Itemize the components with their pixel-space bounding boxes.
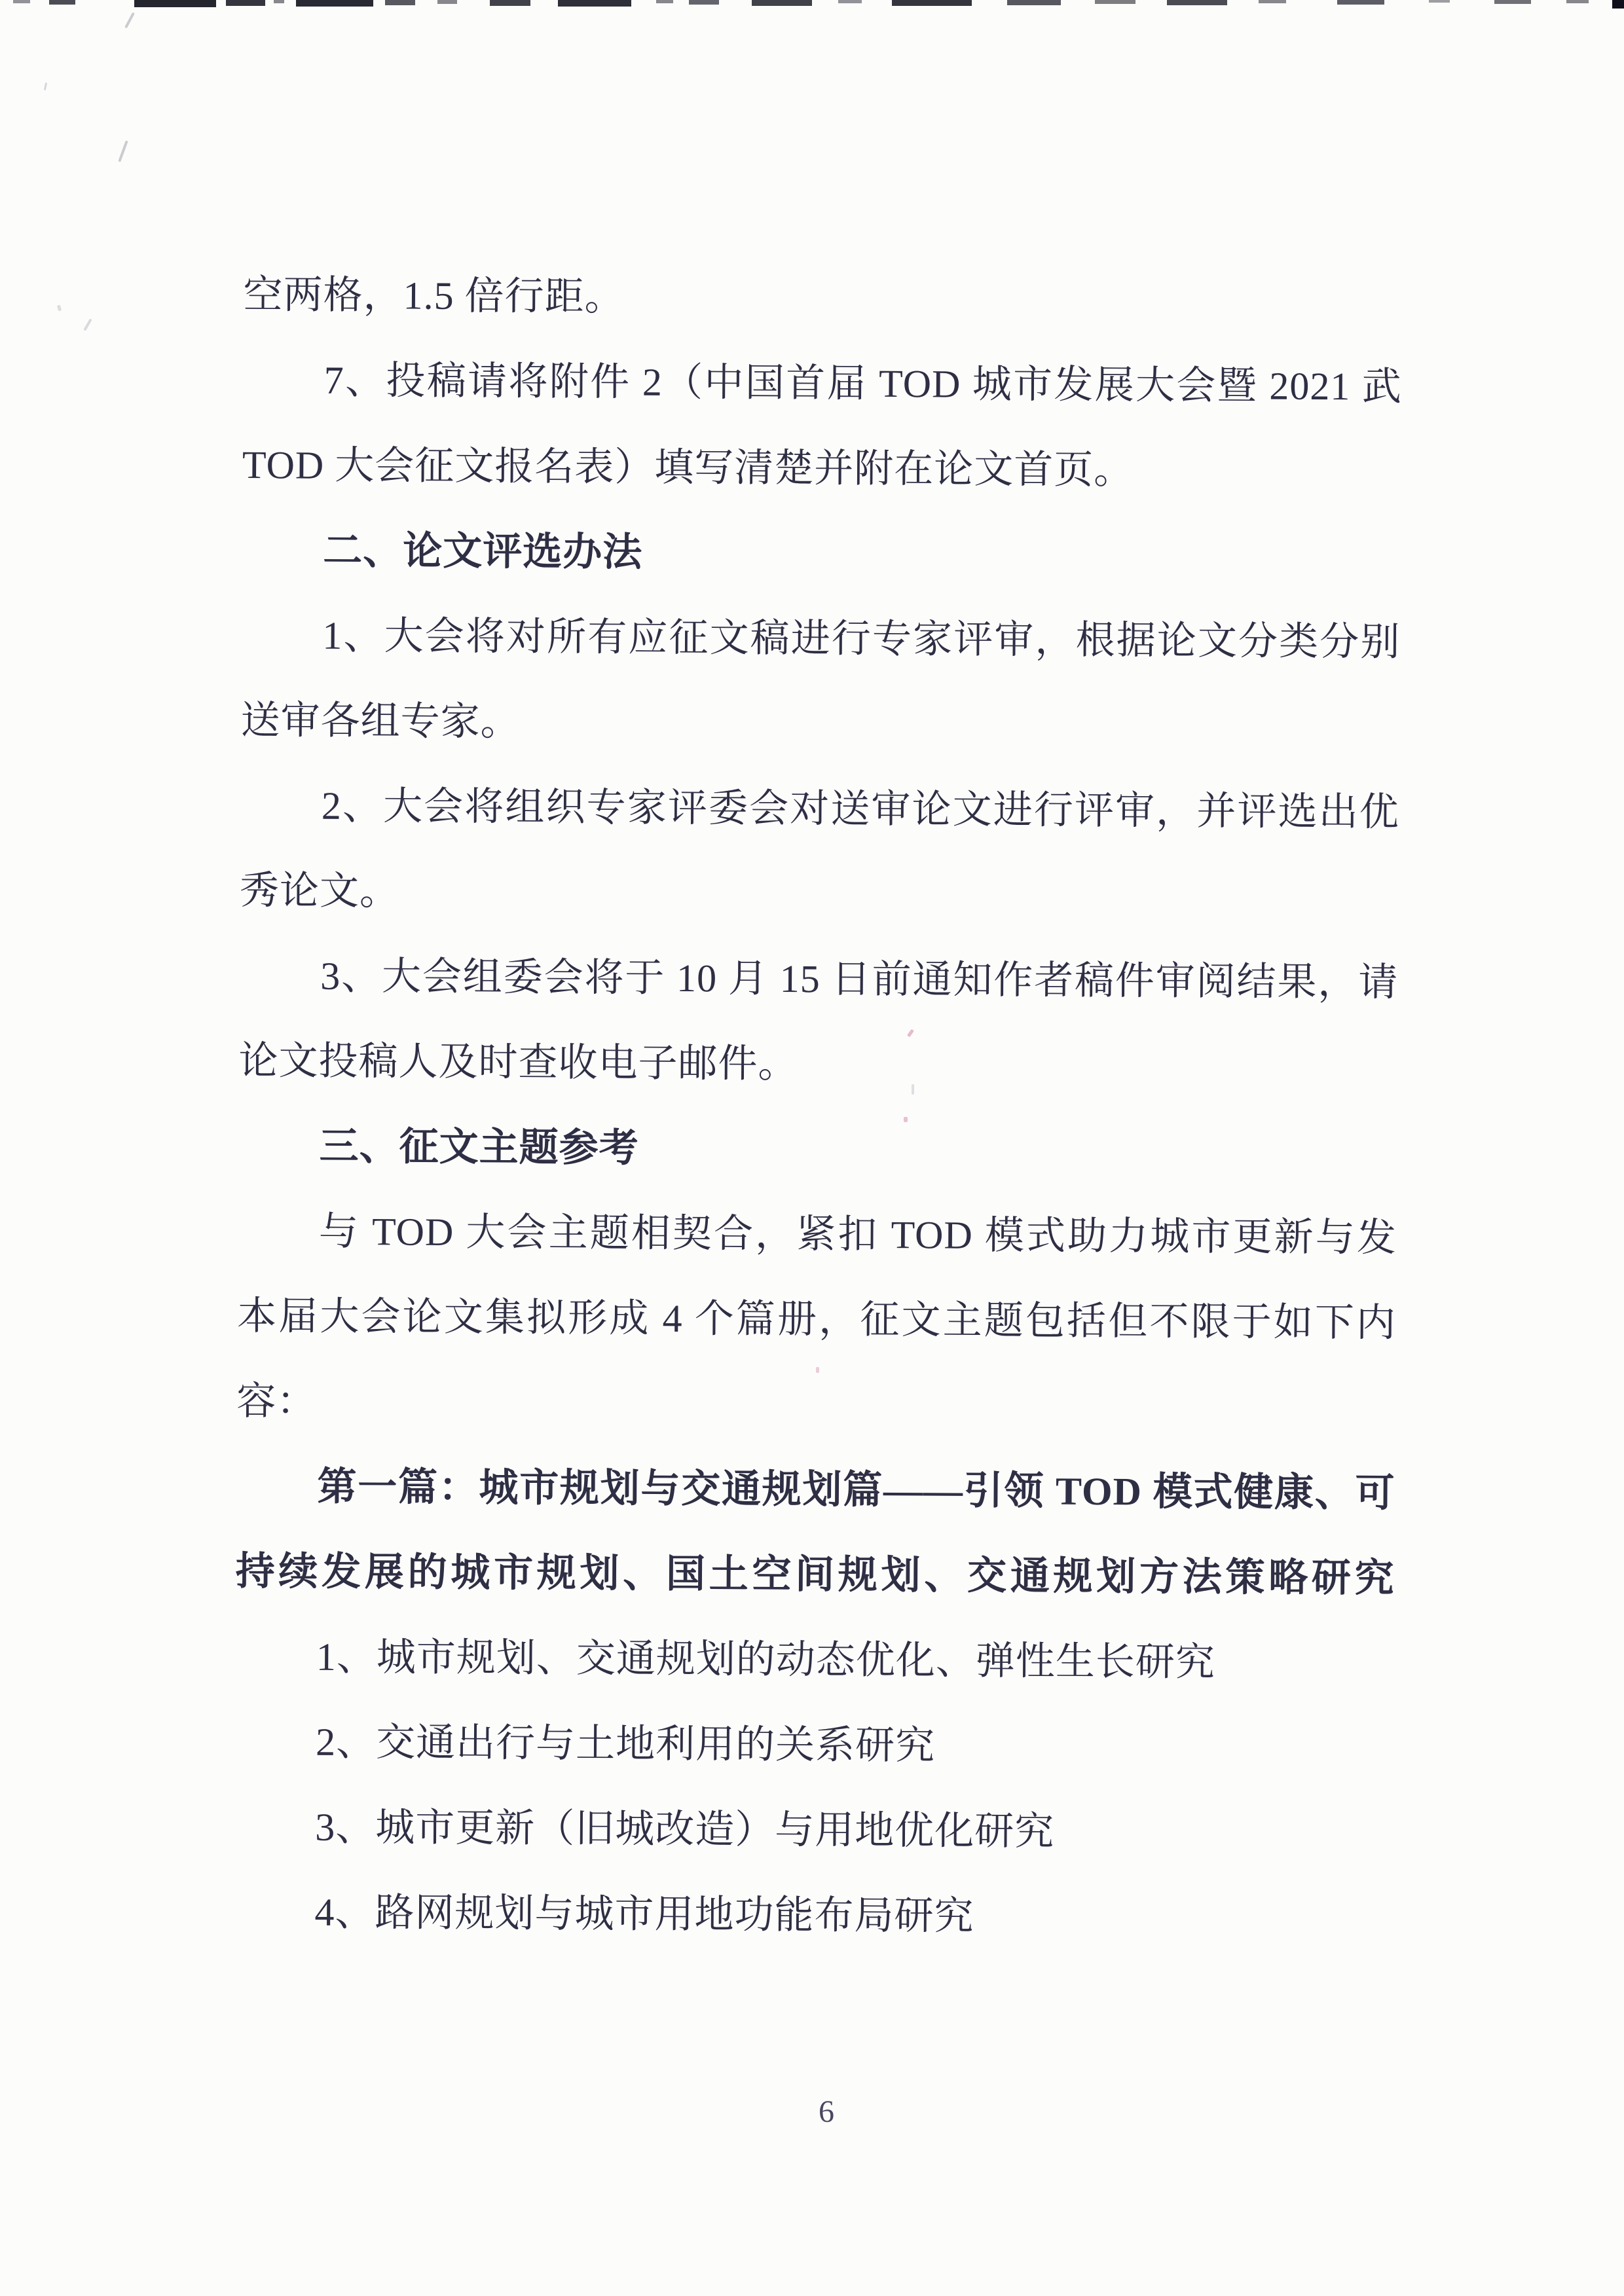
text-line: 容： [236, 1358, 1396, 1451]
section-heading: 三、征文主题参考 [238, 1103, 1397, 1195]
document-body: 空两格，1.5 倍行距。 7、投稿请将附件 2（中国首届 TOD 城市发展大会暨… [233, 252, 1403, 1961]
text-line: 空两格，1.5 倍行距。 [243, 252, 1403, 344]
scan-speck [57, 305, 62, 312]
part-heading: 持续发展的城市规划、国土空间规划、交通规划方法策略研究 [235, 1529, 1395, 1621]
scan-speck [118, 140, 128, 162]
text-line: 送审各组专家。 [240, 678, 1400, 770]
part-heading: 第一篇：城市规划与交通规划篇——引领 TOD 模式健康、可 [236, 1444, 1395, 1536]
scan-speck [44, 82, 47, 90]
text-line: 2、大会将组织专家评委会对送审论文进行评审，并评选出优 [240, 763, 1399, 855]
text-line: 4、路网规划与城市用地功能布局研究 [233, 1869, 1393, 1961]
text-line: 与 TOD 大会主题相契合，紧扣 TOD 模式助力城市更新与发展。 [237, 1188, 1397, 1281]
text-line: 3、城市更新（旧城改造）与用地优化研究 [234, 1784, 1393, 1876]
text-line: 7、投稿请将附件 2（中国首届 TOD 城市发展大会暨 2021 武汉 [242, 337, 1402, 429]
scan-speck [124, 12, 135, 29]
text-line: 2、交通出行与土地利用的关系研究 [234, 1699, 1394, 1791]
text-line: TOD 大会征文报名表）填写清楚并附在论文首页。 [242, 422, 1402, 515]
section-heading: 二、论文评选办法 [242, 507, 1401, 600]
scanned-document-page: 空两格，1.5 倍行距。 7、投稿请将附件 2（中国首届 TOD 城市发展大会暨… [0, 0, 1624, 2296]
text-line: 3、大会组委会将于 10 月 15 日前通知作者稿件审阅结果，请 [239, 933, 1399, 1025]
text-line: 1、大会将对所有应征文稿进行专家评审，根据论文分类分别 [241, 592, 1401, 685]
text-line: 本届大会论文集拟形成 4 个篇册，征文主题包括但不限于如下内 [237, 1273, 1397, 1366]
page-number: 6 [0, 2094, 1624, 2130]
scan-speck [83, 318, 92, 331]
text-line: 1、城市规划、交通规划的动态优化、弹性生长研究 [234, 1614, 1394, 1706]
text-line: 论文投稿人及时查收电子邮件。 [238, 1018, 1398, 1110]
top-right-corner-mark [1612, 0, 1624, 9]
text-line: 秀论文。 [240, 848, 1399, 940]
